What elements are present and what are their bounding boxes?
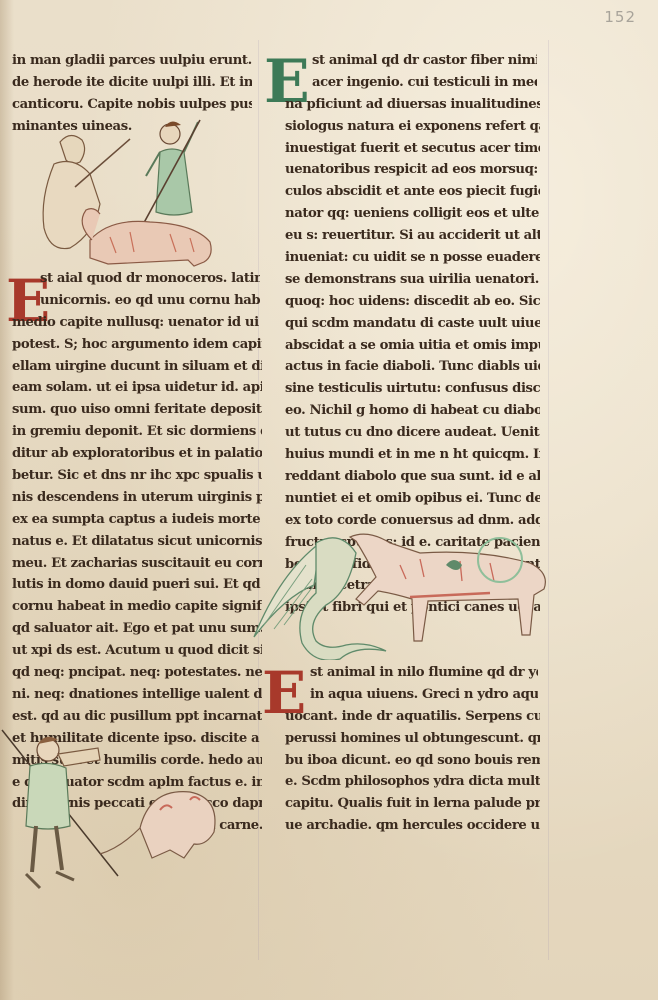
- manuscript-page: 152 in man gladii parces uulpiu erunt. E…: [0, 0, 658, 1000]
- text-line: st animal qd dr castor fiber nimis: [312, 50, 537, 72]
- text-line: meu. Et zacharias suscitauit eu cornu sa: [12, 553, 262, 575]
- hydrus-text-first-lines: st animal in nilo flumine qd dr ydr in a…: [310, 662, 538, 706]
- text-line: ellam uirgine ducunt in siluam et dimitt…: [12, 356, 262, 378]
- text-line: betur. Sic et dns nr ihc xpc spualis uni…: [12, 465, 262, 487]
- text-line: na pficiunt ad diuersas inualitudines. P…: [285, 94, 540, 116]
- text-line: ditur ab exploratoribus et in palatio re…: [12, 443, 262, 465]
- text-line: huius mundi et in me n ht quicqm. In pmi…: [285, 444, 540, 466]
- text-line: se demonstrans sua uirilia uenatori. Uen…: [285, 269, 540, 291]
- text-line: abscidat a se omia uitia et omis impudic…: [285, 335, 540, 357]
- text-line: qd neq: pncipat. neq: potestates. neq: t…: [12, 662, 262, 684]
- unicorn-text-first-lines: st aial quod dr monoceros. latine u unic…: [40, 268, 260, 312]
- text-line: qd saluator ait. Ego et pat unu sum. cap: [12, 618, 262, 640]
- text-line: cornu habeat in medio capite significat: [12, 596, 262, 618]
- text-line: inueniat: cu uidit se n posse euadere er…: [285, 247, 540, 269]
- text-line: lutis in domo dauid pueri sui. Et qd unu: [12, 574, 262, 596]
- text-line: ex ea sumpta captus a iudeis morte cruci…: [12, 509, 262, 531]
- text-line: ue archadie. qm hercules occidere uolens…: [285, 815, 540, 837]
- text-line: eu s: reuertitur. Si au acciderit ut alt…: [285, 225, 540, 247]
- text-line: culos abscidit et ante eos piecit fugien…: [285, 181, 540, 203]
- text-line: ni. neq: dnationes intellige ualent dm s…: [12, 684, 262, 706]
- text-line: nator qq: ueniens colligit eos et ulte n…: [285, 203, 540, 225]
- text-line: capitu. Qualis fuit in lerna palude prui…: [285, 793, 540, 815]
- text-line: actus in facie diaboli. Tunc diabls uide…: [285, 356, 540, 378]
- dragon-and-wolf-illustration: [250, 525, 550, 660]
- hydrus-text: uocant. inde dr aquatilis. Serpens cuius…: [285, 706, 540, 837]
- text-line: uocant. inde dr aquatilis. Serpens cuius…: [285, 706, 540, 728]
- text-line: eo. Nichil g homo di habeat cu diabolo: [285, 400, 540, 422]
- text-line: in man gladii parces uulpiu erunt. Et dn…: [12, 50, 252, 72]
- ruling-line: [548, 40, 549, 960]
- text-line: ut xpi ds est. Acutum u quod dicit sigat: [12, 640, 262, 662]
- folio-number: 152: [604, 8, 636, 26]
- text-line: acer ingenio. cui testiculi in medici: [312, 72, 537, 94]
- text-line: nis descendens in uterum uirginis per ca…: [12, 487, 262, 509]
- text-line: est. qd au dic pusillum ppt incarnatione…: [12, 706, 262, 728]
- text-line: eam solam. ut ei ipsa uidetur id. apiat …: [12, 377, 262, 399]
- text-line: reddant diabolo que sua sunt. id e abre: [285, 466, 540, 488]
- hunter-horn-illustration: [0, 728, 240, 898]
- text-line: siologus natura ei exponens refert qa cu: [285, 116, 540, 138]
- text-line: quoq: hoc uidens: discedit ab eo. Sic et…: [285, 291, 540, 313]
- text-line: potest. S; hoc argumento idem capiunt. P…: [12, 334, 262, 356]
- text-line: uenatoribus respicit ad eos morsuq: suos…: [285, 159, 540, 181]
- text-line: e. Scdm philosophos ydra dicta multorum: [285, 771, 540, 793]
- text-line: medio capite nullusq: uenator id ui cape: [12, 312, 262, 334]
- text-line: bu iboa dicunt. eo qd sono bouis remedia: [285, 750, 540, 772]
- beaver-text-first-lines: st animal qd dr castor fiber nimis acer …: [312, 50, 537, 94]
- text-line: st aial quod dr monoceros. latine u: [40, 268, 260, 290]
- unicorn-hunt-illustration: [20, 112, 220, 272]
- text-line: de herode ite dicite uulpi illi. Et in c…: [12, 72, 252, 94]
- text-line: sum. quo uiso omni feritate deposita: ca…: [12, 399, 262, 421]
- text-line: nuntiet ei et omib opibus ei. Tunc demum: [285, 488, 540, 510]
- text-line: unicornis. eo qd unu cornu habeat in: [40, 290, 260, 312]
- text-line: sine testiculis uirtutu: confusus disced…: [285, 378, 540, 400]
- text-line: in aqua uiuens. Greci n ydro aquam: [310, 684, 538, 706]
- text-line: perussi homines ul obtungescunt. qm mor: [285, 728, 540, 750]
- text-line: qui scdm mandatu di caste uult uiuere.: [285, 313, 540, 335]
- text-line: ut tutus cu dno dicere audeat. Uenit pnc…: [285, 422, 540, 444]
- text-line: st animal in nilo flumine qd dr ydr: [310, 662, 538, 684]
- text-line: in gremiu deponit. Et sic dormiens depre…: [12, 421, 262, 443]
- text-line: inuestigat fuerit et secutus acer timens…: [285, 138, 540, 160]
- text-line: natus e. Et dilatatus sicut unicornis co…: [12, 531, 262, 553]
